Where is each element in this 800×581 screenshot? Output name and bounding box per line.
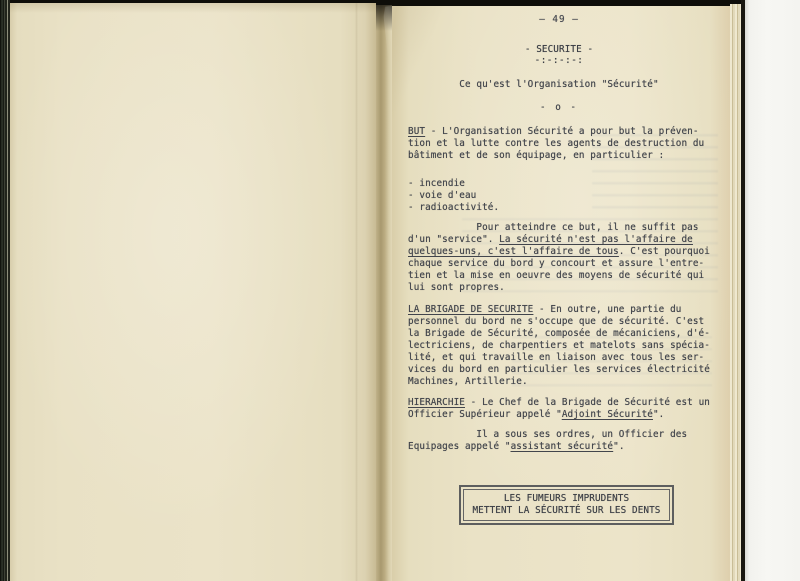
text-line: vices du bord en particulier les service…: [408, 364, 710, 376]
text-line: bâtiment et de son équipage, en particul…: [408, 150, 710, 162]
text-segment: chaque service du bord y concourt et ass…: [408, 258, 704, 269]
smokers-warning-box: LES FUMEURS IMPRUDENTS METTENT LA SÉCURI…: [459, 485, 674, 525]
underlined-text: assistant sécurité: [511, 441, 614, 452]
text-line: tien et la mise en oeuvre des moyens de …: [408, 270, 710, 282]
brigade-paragraph: LA BRIGADE DE SECURITE - En outre, une p…: [408, 304, 710, 388]
book-scan: – 49 – - SECURITE - -:-:-:-: Ce qu'est l…: [0, 0, 800, 581]
text-line: tion et la lutte contre les agents de de…: [408, 138, 710, 150]
hazard-list: - incendie- voie d'eau- radioactivité.: [408, 178, 710, 214]
text-segment: ".: [613, 441, 624, 452]
text-line: - radioactivité.: [408, 202, 710, 214]
underlined-text: HIERARCHIE: [408, 397, 465, 408]
text-line: LA BRIGADE DE SECURITE - En outre, une p…: [408, 304, 710, 316]
warning-line: LES FUMEURS IMPRUDENTS: [466, 493, 667, 505]
text-line: la Brigade de Sécurité, composée de méca…: [408, 328, 710, 340]
text-line: quelques-uns, c'est l'affaire de tous. C…: [408, 246, 710, 258]
underlined-text: La sécurité n'est pas l'affaire de: [499, 234, 693, 245]
text-segment: Machines, Artillerie.: [408, 376, 528, 387]
text-segment: lectriciens, de charpentiers et matelots…: [408, 340, 710, 351]
text-line: chaque service du bord y concourt et ass…: [408, 258, 710, 270]
text-segment: ".: [653, 409, 664, 420]
text-line: lité, et qui travaille en liaison avec t…: [408, 352, 710, 364]
text-segment: Pour atteindre ce but, il ne suffit pas: [408, 222, 699, 233]
text-segment: - voie d'eau: [408, 190, 476, 201]
text-segment: . C'est pourquoi: [619, 246, 710, 257]
text-segment: d'un "service".: [408, 234, 499, 245]
page-stack-edges: [730, 4, 741, 581]
page-number: – 49 –: [408, 14, 710, 26]
underlined-text: Adjoint Sécurité: [562, 409, 653, 420]
text-line: Officier Supérieur appelé "Adjoint Sécur…: [408, 409, 710, 421]
text-segment: Equipages appelé ": [408, 441, 511, 452]
warning-line: METTENT LA SÉCURITÉ SUR LES DENTS: [466, 505, 667, 517]
title-underline-rule: -:-:-:-:: [408, 55, 710, 67]
typewritten-text-column: – 49 – - SECURITE - -:-:-:-: Ce qu'est l…: [408, 6, 710, 581]
section-subtitle: Ce qu'est l'Organisation "Sécurité": [408, 79, 710, 91]
right-text-page: – 49 – - SECURITE - -:-:-:-: Ce qu'est l…: [392, 6, 730, 581]
book-binding-edge: [0, 0, 10, 581]
text-segment: - radioactivité.: [408, 202, 499, 213]
text-segment: - Le Chef de la Brigade de Sécurité est …: [465, 397, 710, 408]
text-segment: la Brigade de Sécurité, composée de méca…: [408, 328, 710, 339]
text-segment: - incendie: [408, 178, 465, 189]
text-line: BUT - L'Organisation Sécurité a pour but…: [408, 126, 710, 138]
text-line: - voie d'eau: [408, 190, 710, 202]
text-segment: Il a sous ses ordres, un Officier des: [408, 429, 687, 440]
underlined-text: quelques-uns, c'est l'affaire de tous: [408, 246, 619, 257]
text-line: d'un "service". La sécurité n'est pas l'…: [408, 234, 710, 246]
body-blocks: BUT - L'Organisation Sécurité a pour but…: [408, 126, 710, 453]
ornament-divider: - o -: [408, 102, 710, 114]
text-segment: tion et la lutte contre les agents de de…: [408, 138, 704, 149]
ordres-paragraph: Il a sous ses ordres, un Officier desEqu…: [408, 429, 710, 453]
but-paragraph: BUT - L'Organisation Sécurité a pour but…: [408, 126, 710, 162]
text-segment: bâtiment et de son équipage, en particul…: [408, 150, 664, 161]
text-segment: lité, et qui travaille en liaison avec t…: [408, 352, 704, 363]
text-segment: tien et la mise en oeuvre des moyens de …: [408, 270, 704, 281]
text-segment: - L'Organisation Sécurité a pour but la …: [425, 126, 698, 137]
text-line: lui sont propres.: [408, 282, 710, 294]
text-line: Machines, Artillerie.: [408, 376, 710, 388]
text-line: Equipages appelé "assistant sécurité".: [408, 441, 710, 453]
text-line: lectriciens, de charpentiers et matelots…: [408, 340, 710, 352]
text-segment: Officier Supérieur appelé ": [408, 409, 562, 420]
text-line: personnel du bord ne s'occupe que de séc…: [408, 316, 710, 328]
text-line: HIERARCHIE - Le Chef de la Brigade de Sé…: [408, 397, 710, 409]
text-segment: lui sont propres.: [408, 282, 505, 293]
flyleaf-page-edge: [745, 0, 800, 581]
text-line: Pour atteindre ce but, il ne suffit pas: [408, 222, 710, 234]
text-line: Il a sous ses ordres, un Officier des: [408, 429, 710, 441]
book-gutter-fold: [376, 5, 392, 581]
underlined-text: LA BRIGADE DE SECURITE: [408, 304, 533, 315]
text-segment: - En outre, une partie du: [533, 304, 681, 315]
hierarchie-paragraph: HIERARCHIE - Le Chef de la Brigade de Sé…: [408, 397, 710, 421]
smokers-warning-inner-border: LES FUMEURS IMPRUDENTS METTENT LA SÉCURI…: [463, 489, 670, 521]
text-line: - incendie: [408, 178, 710, 190]
underlined-text: BUT: [408, 126, 425, 137]
text-segment: personnel du bord ne s'occupe que de séc…: [408, 316, 704, 327]
service-paragraph: Pour atteindre ce but, il ne suffit pasd…: [408, 222, 710, 294]
text-segment: vices du bord en particulier les service…: [408, 364, 710, 375]
left-blank-page: [10, 3, 376, 581]
